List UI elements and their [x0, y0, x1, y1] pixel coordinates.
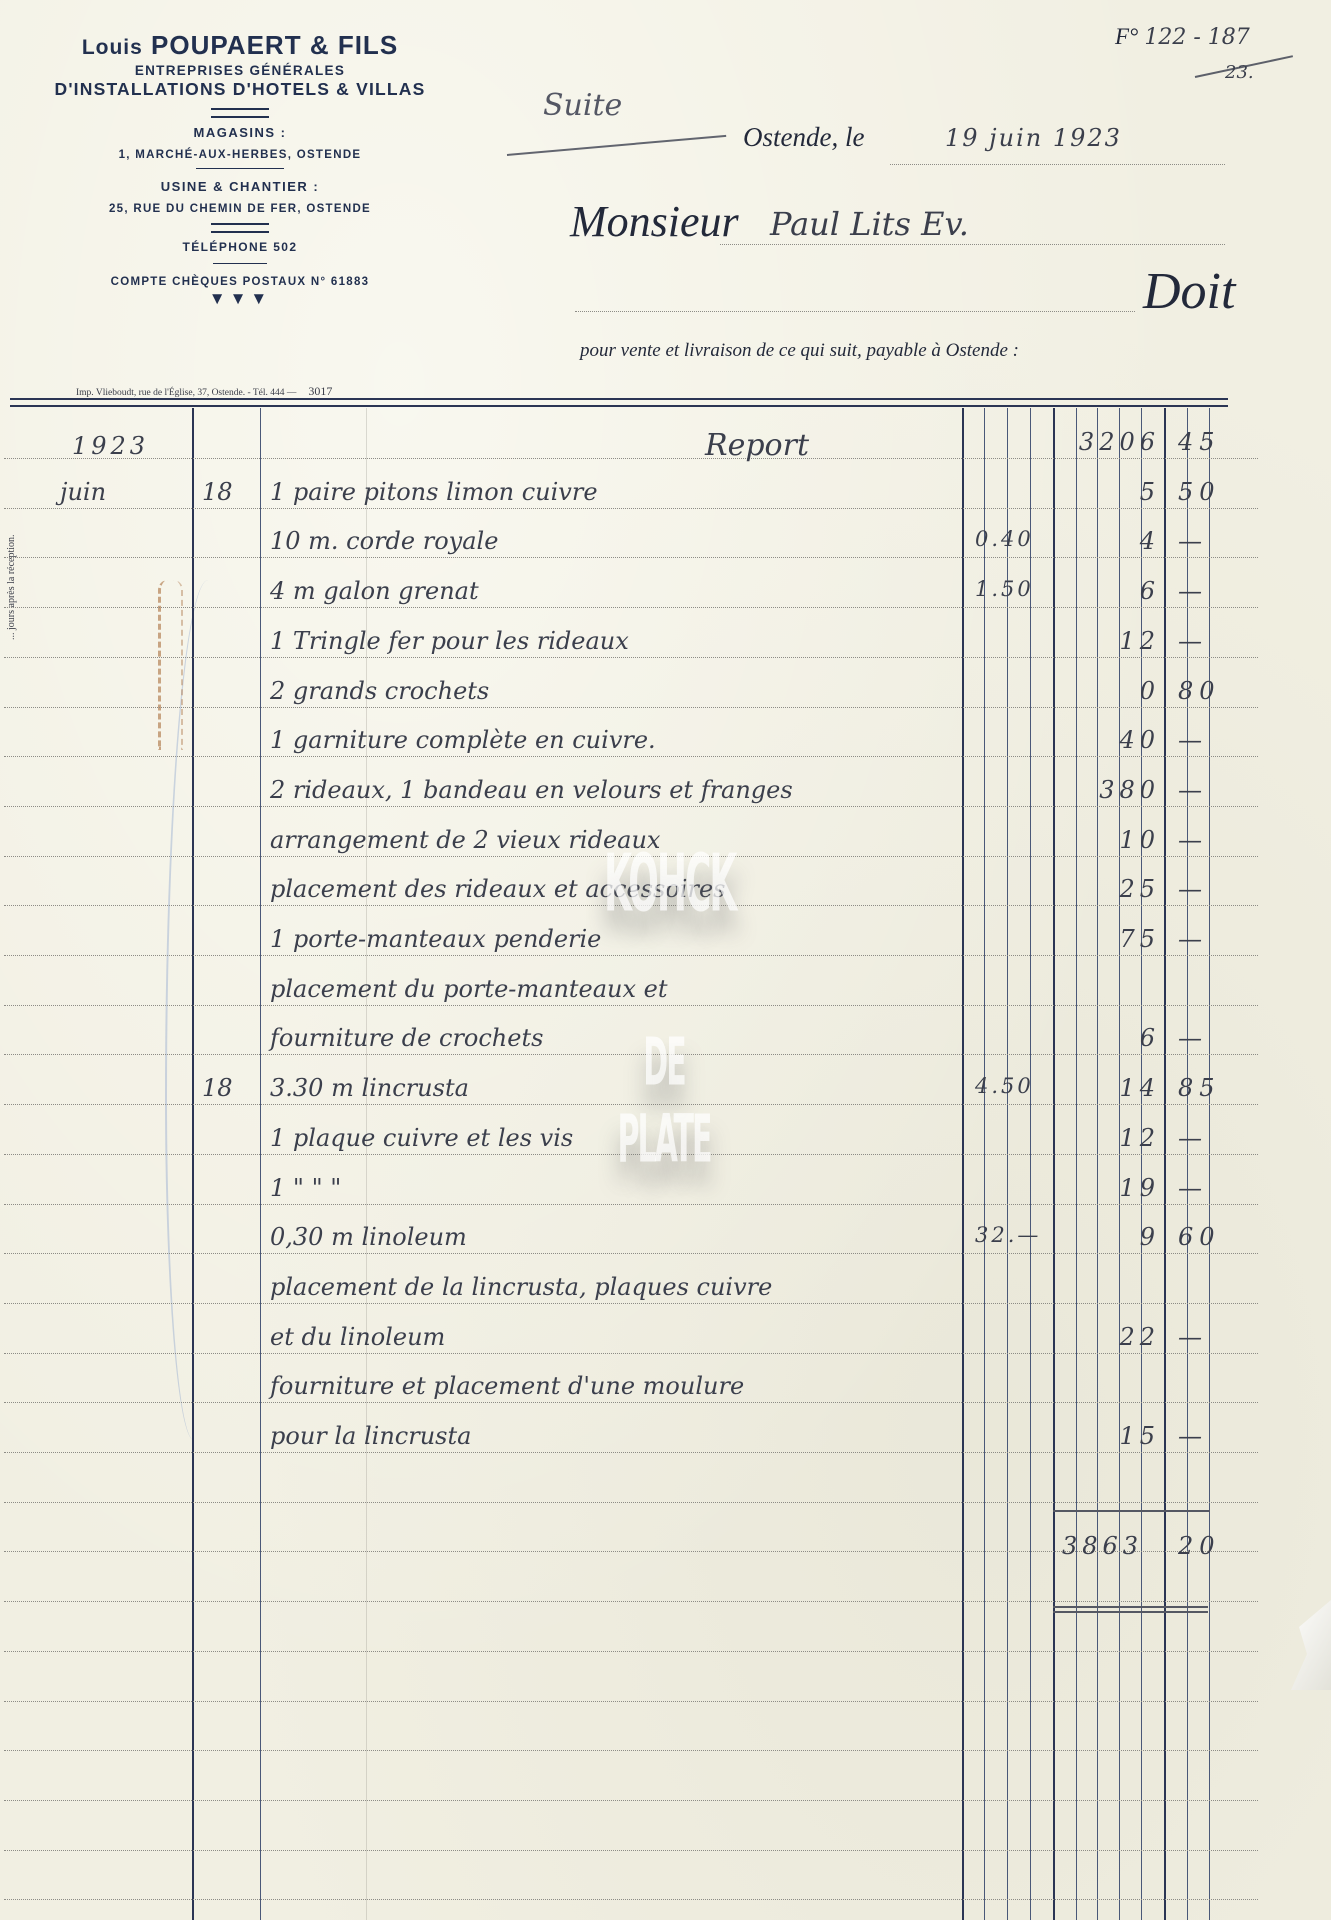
invoice-year: 1923: [72, 432, 149, 460]
table-header-double-rule: [10, 398, 1228, 407]
row-description: 2 rideaux, 1 bandeau en velours et frang…: [270, 776, 793, 804]
row-amount-francs: 0: [1062, 677, 1160, 705]
watermark-line-1: KOHCK: [604, 840, 724, 930]
row-amount-cents: —: [1178, 1323, 1208, 1351]
row-amount-cents: —: [1178, 875, 1208, 903]
row-amount-cents: —: [1178, 1174, 1208, 1202]
row-description: arrangement de 2 vieux rideaux: [270, 826, 660, 854]
row-amount-francs: 22: [1062, 1323, 1160, 1351]
suite-underline: [507, 135, 726, 156]
column-rule: [1053, 408, 1055, 1920]
column-rule: [1164, 408, 1166, 1920]
row-amount-cents: 60: [1178, 1223, 1221, 1251]
row-amount-cents: —: [1178, 1422, 1208, 1450]
torn-corner: [1291, 1600, 1331, 1690]
row-description: pour la lincrusta: [270, 1422, 471, 1450]
row-description: 1 porte-manteaux penderie: [270, 925, 601, 953]
company-surname: POUPAERT: [151, 30, 302, 60]
rule-divider: [213, 263, 267, 264]
row-amount-cents: —: [1178, 776, 1208, 804]
row-description: Report: [705, 428, 809, 463]
margin-note: ... jours après la réception.: [6, 534, 17, 640]
column-rule: [192, 408, 194, 1920]
row-amount-francs: 6: [1062, 577, 1160, 605]
total-double-rule: [1053, 1606, 1208, 1613]
row-amount-francs: 19: [1062, 1174, 1160, 1202]
row-rule: [4, 1402, 1258, 1403]
row-rule: [4, 1850, 1258, 1851]
row-rule: [4, 557, 1258, 558]
triangle-ornament-icon: ▼▼▼: [10, 290, 470, 308]
row-rule: [4, 1303, 1258, 1304]
row-amount-cents: —: [1178, 925, 1208, 953]
row-amount-francs: 6: [1062, 1024, 1160, 1052]
total-cents: 20: [1178, 1532, 1221, 1560]
address-dotted-line: [575, 311, 1135, 312]
magasins-address: 1, MARCHÉ-AUX-HERBES, OSTENDE: [10, 149, 470, 161]
row-amount-cents: —: [1178, 726, 1208, 754]
date-dotted-line: [890, 164, 1225, 165]
folio-prefix: F°: [1115, 24, 1138, 49]
folio-value: 122 - 187: [1144, 25, 1249, 50]
row-amount-francs: 75: [1062, 925, 1160, 953]
row-amount-cents: —: [1178, 527, 1208, 555]
row-rule: [4, 1005, 1258, 1006]
row-amount-cents: —: [1178, 627, 1208, 655]
brown-crayon-mark: [158, 580, 183, 750]
row-amount-francs: 4: [1062, 527, 1160, 555]
row-rule: [4, 955, 1258, 956]
row-description: 1 garniture complète en cuivre.: [270, 726, 656, 754]
row-rule: [4, 756, 1258, 757]
row-amount-francs: 15: [1062, 1422, 1160, 1450]
row-rule: [4, 1899, 1258, 1900]
row-description: 1 plaque cuivre et les vis: [270, 1124, 573, 1152]
usine-address: 25, RUE DU CHEMIN DE FER, OSTENDE: [10, 203, 470, 215]
row-day: 18: [202, 478, 233, 506]
row-rule: [4, 1800, 1258, 1801]
company-name: Louis POUPAERT & FILS: [10, 30, 470, 61]
row-amount-cents: —: [1178, 1124, 1208, 1152]
column-rule: [260, 408, 261, 1920]
column-rule: [962, 408, 964, 1920]
row-amount-cents: 50: [1178, 478, 1221, 506]
company-tagline-1: ENTREPRISES GÉNÉRALES: [10, 63, 470, 78]
row-rule: [4, 1353, 1258, 1354]
row-amount-cents: —: [1178, 826, 1208, 854]
client-name: Paul Lits Ev.: [770, 205, 969, 243]
form-number: 3017: [308, 384, 332, 398]
row-rule: [4, 1204, 1258, 1205]
row-rule: [4, 657, 1258, 658]
row-amount-francs: 3206: [1062, 428, 1160, 456]
row-amount-francs: 12: [1062, 1124, 1160, 1152]
row-unit-price: 1.50: [975, 577, 1034, 601]
row-description: fourniture et placement d'une moulure: [270, 1372, 744, 1400]
postal-account: COMPTE CHÈQUES POSTAUX N° 61883: [10, 276, 470, 288]
row-amount-francs: 14: [1062, 1074, 1160, 1102]
row-description: 10 m. corde royale: [270, 527, 498, 555]
row-rule: [4, 607, 1258, 608]
row-rule: [4, 1502, 1258, 1503]
row-description: 1 Tringle fer pour les rideaux: [270, 627, 629, 655]
row-rule: [4, 458, 1258, 459]
double-rule-divider: [211, 223, 269, 233]
salutation: Monsieur: [570, 196, 739, 247]
row-day: 18: [202, 1074, 233, 1102]
column-rule: [1209, 408, 1210, 1920]
row-rule: [4, 1253, 1258, 1254]
row-rule: [4, 1750, 1258, 1751]
row-rule: [4, 1601, 1258, 1602]
folio-number: F° 122 - 187: [1115, 24, 1250, 50]
total-francs: 3863: [1062, 1532, 1143, 1560]
double-rule-divider: [211, 108, 269, 118]
printer-imprint-text: Imp. Vlieboudt, rue de l'Église, 37, Ost…: [76, 388, 296, 398]
row-amount-francs: 12: [1062, 627, 1160, 655]
row-amount-francs: 380: [1062, 776, 1160, 804]
row-description: placement du porte-manteaux et: [270, 975, 668, 1003]
row-description: 1 " " ": [270, 1174, 341, 1202]
company-fils: FILS: [338, 30, 398, 60]
rule-divider: [196, 168, 284, 169]
payment-terms: pour vente et livraison de ce qui suit, …: [580, 340, 1019, 362]
watermark-line-2: DE PLATE: [604, 1025, 724, 1179]
row-unit-price: 32.—: [975, 1223, 1041, 1247]
invoice-date: 19 juin 1923: [945, 124, 1122, 152]
telephone: TÉLÉPHONE 502: [10, 240, 470, 254]
company-ampersand: &: [310, 30, 330, 60]
row-rule: [4, 806, 1258, 807]
column-rule: [1007, 408, 1008, 1920]
row-description: 3.30 m lincrusta: [270, 1074, 469, 1102]
client-dotted-line: [720, 244, 1225, 245]
column-rule: [984, 408, 985, 1920]
company-tagline-2: D'INSTALLATIONS D'HOTELS & VILLAS: [10, 79, 470, 100]
row-description: 2 grands crochets: [270, 677, 489, 705]
row-amount-francs: 25: [1062, 875, 1160, 903]
row-description: placement de la lincrusta, plaques cuivr…: [270, 1273, 772, 1301]
row-description: et du linoleum: [270, 1323, 445, 1351]
doit-label: Doit: [1143, 262, 1235, 321]
row-amount-francs: 9: [1062, 1223, 1160, 1251]
row-rule: [4, 508, 1258, 509]
suite-note: Suite: [543, 88, 622, 123]
subtotal-rule: [1053, 1510, 1210, 1512]
row-amount-cents: 85: [1178, 1074, 1221, 1102]
company-first-name: Louis: [82, 36, 143, 59]
letterhead: Louis POUPAERT & FILS ENTREPRISES GÉNÉRA…: [10, 30, 470, 308]
row-unit-price: 4.50: [975, 1074, 1034, 1098]
magasins-label: MAGASINS :: [10, 125, 470, 140]
column-rule: [1030, 408, 1031, 1920]
row-description: 1 paire pitons limon cuivre: [270, 478, 598, 506]
row-amount-francs: 5: [1062, 478, 1160, 506]
row-month: juin: [60, 478, 106, 506]
row-amount-cents: 45: [1178, 428, 1221, 456]
printer-imprint: Imp. Vlieboudt, rue de l'Église, 37, Ost…: [76, 384, 332, 399]
row-rule: [4, 1651, 1258, 1652]
usine-label: USINE & CHANTIER :: [10, 179, 470, 194]
place-label: Ostende, le: [743, 122, 864, 153]
folio-sub: 23.: [1225, 62, 1254, 83]
row-amount-cents: —: [1178, 1024, 1208, 1052]
row-unit-price: 0.40: [975, 527, 1034, 551]
row-description: 0,30 m linoleum: [270, 1223, 467, 1251]
row-description: fourniture de crochets: [270, 1024, 543, 1052]
row-amount-cents: —: [1178, 577, 1208, 605]
row-amount-francs: 40: [1062, 726, 1160, 754]
row-rule: [4, 707, 1258, 708]
row-amount-francs: 10: [1062, 826, 1160, 854]
row-description: 4 m galon grenat: [270, 577, 479, 605]
row-rule: [4, 1452, 1258, 1453]
row-rule: [4, 1701, 1258, 1702]
row-amount-cents: 80: [1178, 677, 1221, 705]
